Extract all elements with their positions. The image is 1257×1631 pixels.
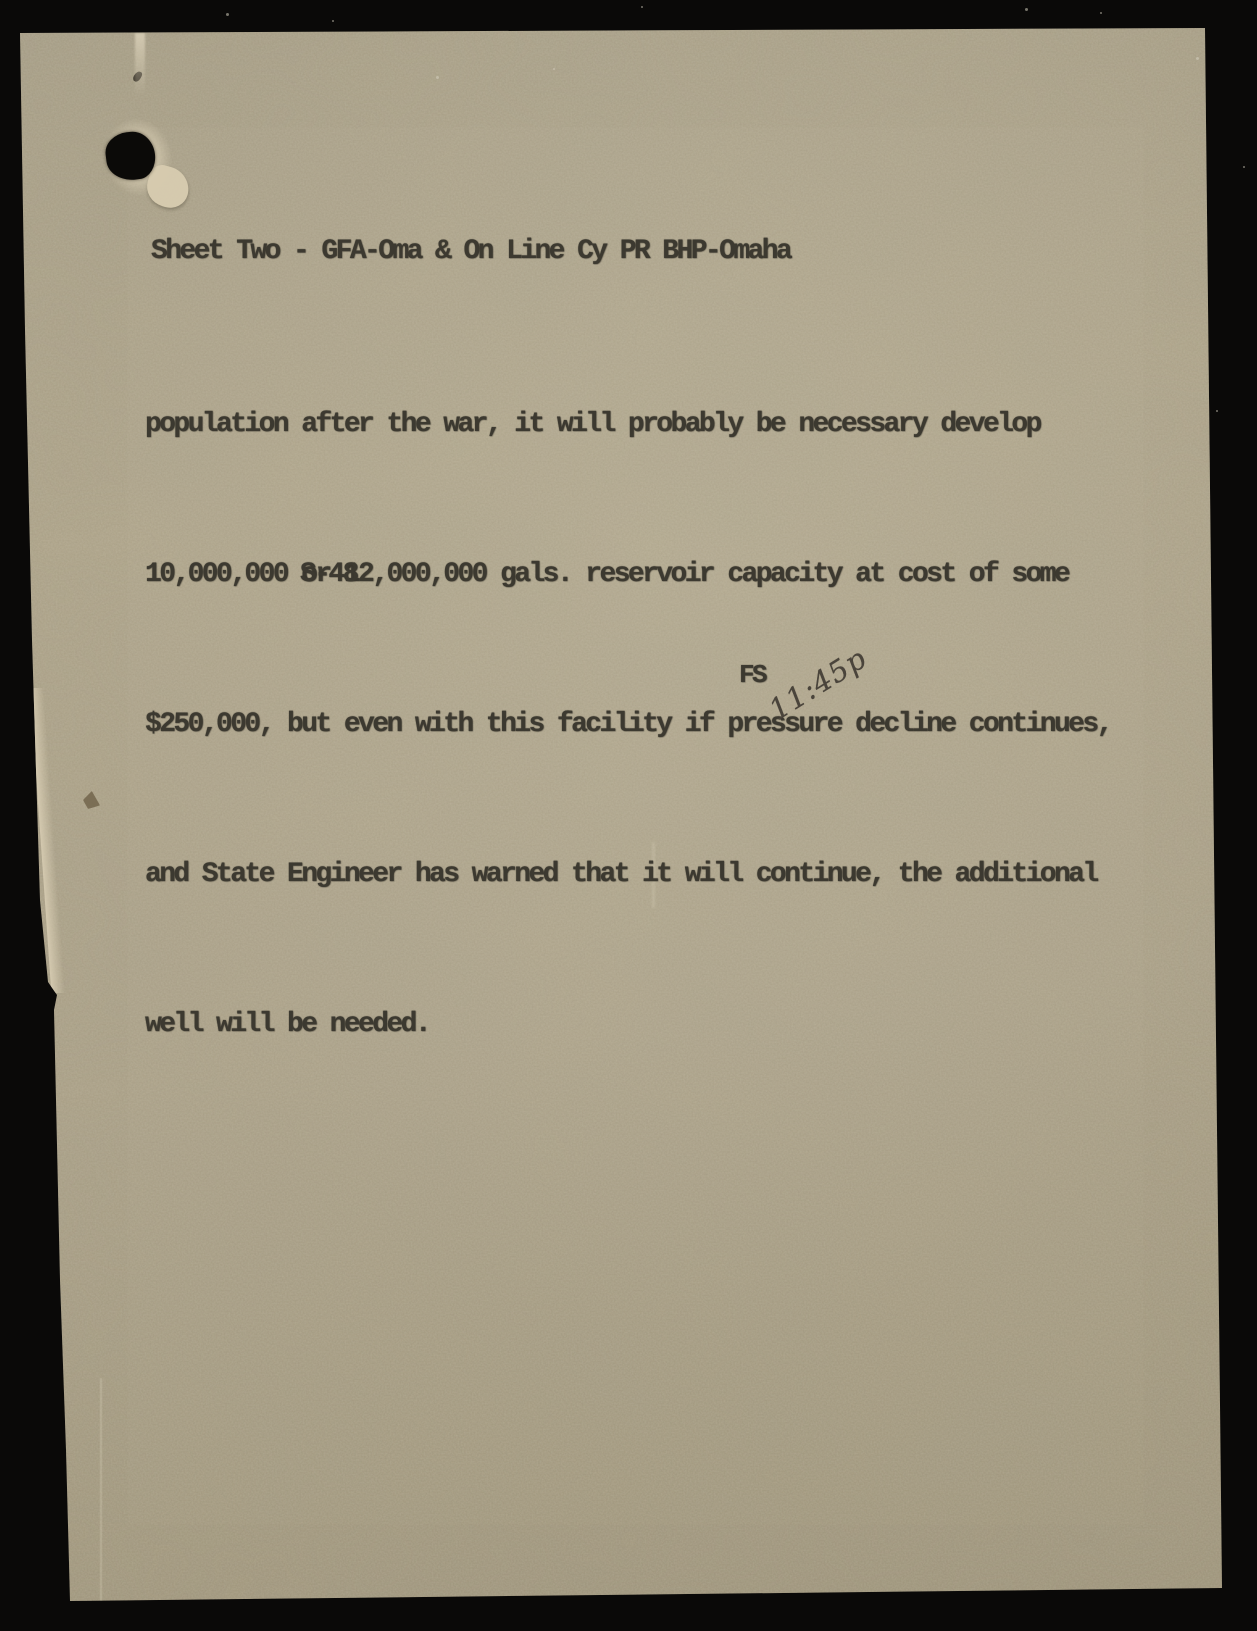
scanner-background: Sheet Two - GFA-Oma & On Line Cy PR BHP-…: [0, 0, 1257, 1631]
dust-speck: [1243, 166, 1245, 168]
crease-mark-top: [135, 33, 145, 97]
typist-initials: FS: [739, 650, 765, 700]
body-line: population after the war, it will probab…: [145, 400, 1111, 450]
dust-speck: [553, 68, 555, 70]
dust-speck: [1100, 12, 1102, 14]
body-line: 10,000,000 or 12,000,000 gals. reservoir…: [145, 550, 1111, 600]
dust-speck: [641, 6, 643, 8]
dust-speck: [1216, 410, 1218, 412]
dust-speck: [1196, 57, 1199, 60]
body-line: well will be needed.: [145, 1000, 1111, 1050]
body-line: $250,000, but even with this facility if…: [145, 700, 1111, 750]
dust-speck: [226, 13, 229, 16]
document-page: Sheet Two - GFA-Oma & On Line Cy PR BHP-…: [0, 0, 1257, 1631]
dust-speck: [1025, 8, 1028, 11]
body-line: and State Engineer has warned that it wi…: [145, 850, 1111, 900]
reference-number: S-48: [300, 550, 357, 600]
document-header: Sheet Two - GFA-Oma & On Line Cy PR BHP-…: [151, 227, 790, 277]
document-body: population after the war, it will probab…: [145, 300, 1111, 1150]
dust-speck: [436, 76, 439, 79]
crease-mark-bottom: [100, 1378, 102, 1604]
dust-speck: [332, 20, 334, 22]
left-edge-tear: [30, 688, 67, 993]
ink-stain: [83, 791, 100, 809]
